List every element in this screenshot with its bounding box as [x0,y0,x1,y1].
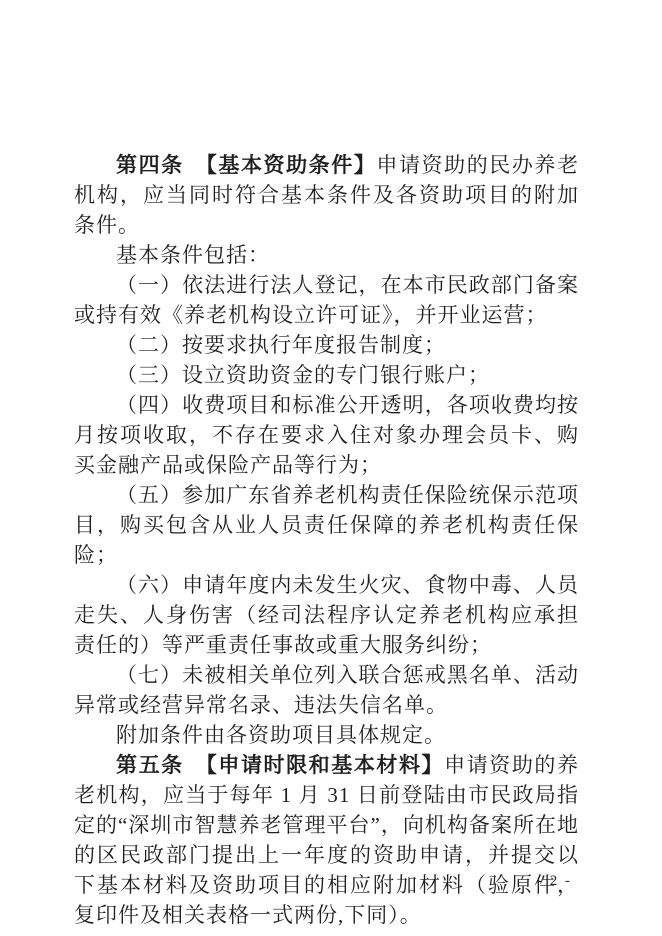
text-segment: （七）未被相关单位列入联合惩戒黑名单、活动异常或经营异常名录、违法失信名单。 [74,663,579,717]
article-heading-segment: 第五条 【申请时限和基本材料】 [116,753,444,777]
text-segment: 附加条件由各资助项目具体规定。 [116,723,446,747]
text-segment: （二）按要求执行年度报告制度； [116,333,446,357]
paragraph: （五）参加广东省养老机构责任保险统保示范项目，购买包含从业人员责任保障的养老机构… [74,480,579,570]
paragraph: 附加条件由各资助项目具体规定。 [74,720,579,750]
paragraph: （四）收费项目和标准公开透明，各项收费均按月按项收取，不存在要求入住对象办理会员… [74,390,579,480]
document-body: 第四条 【基本资助条件】申请资助的民办养老机构，应当同时符合基本条件及各资助项目… [74,150,579,930]
text-segment: （五）参加广东省养老机构责任保险统保示范项目，购买包含从业人员责任保障的养老机构… [74,483,579,567]
paragraph: （一）依法进行法人登记，在本市民政部门备案或持有效《养老机构设立许可证》，并开业… [74,270,579,330]
paragraph: 第四条 【基本资助条件】申请资助的民办养老机构，应当同时符合基本条件及各资助项目… [74,150,579,240]
article-heading-segment: 第四条 【基本资助条件】 [116,153,376,177]
paragraph: 第五条 【申请时限和基本材料】申请资助的养老机构，应当于每年 1 月 31 日前… [74,750,579,930]
paragraph: （六）申请年度内未发生火灾、食物中毒、人员走失、人身伤害（经司法程序认定养老机构… [74,570,579,660]
text-segment: 申请资助的养老机构，应当于每年 1 月 31 日前登陆由市民政局指定的“深圳市智… [74,753,579,927]
document-page: 第四条 【基本资助条件】申请资助的民办养老机构，应当同时符合基本条件及各资助项目… [0,0,662,936]
text-segment: （四）收费项目和标准公开透明，各项收费均按月按项收取，不存在要求入住对象办理会员… [74,393,579,477]
paragraph: （七）未被相关单位列入联合惩戒黑名单、活动异常或经营异常名录、违法失信名单。 [74,660,579,720]
paragraph: （二）按要求执行年度报告制度； [74,330,579,360]
text-segment: （六）申请年度内未发生火灾、食物中毒、人员走失、人身伤害（经司法程序认定养老机构… [74,573,579,657]
paragraph: （三）设立资助资金的专门银行账户； [74,360,579,390]
paragraph: 基本条件包括： [74,240,579,270]
text-segment: 基本条件包括： [116,243,270,267]
text-segment: （三）设立资助资金的专门银行账户； [116,363,490,387]
text-segment: （一）依法进行法人登记，在本市民政部门备案或持有效《养老机构设立许可证》，并开业… [74,273,579,327]
page-number: - 2 - [537,871,572,891]
